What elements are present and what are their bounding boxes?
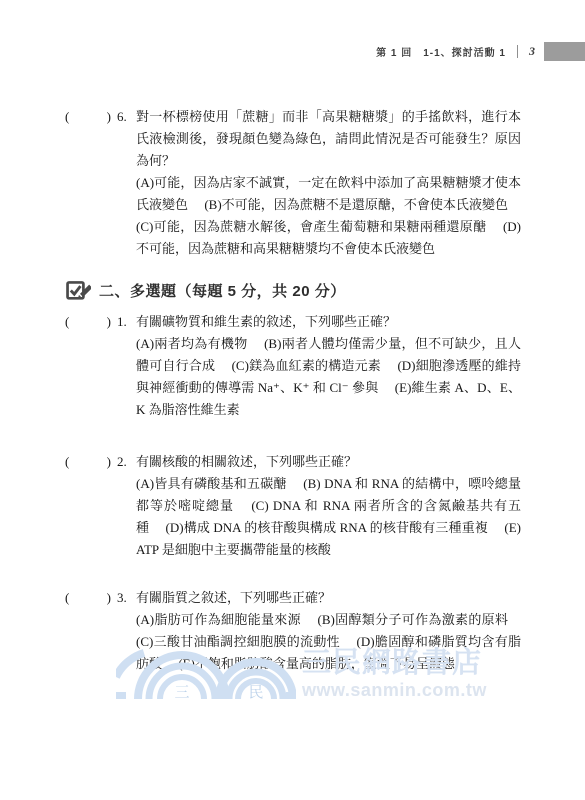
- question-number: 6.: [117, 106, 132, 260]
- answer-blank-close: ): [107, 106, 111, 260]
- option-e: (E)不飽和脂肪酸含量高的脂肪，室溫下易呈液態: [178, 656, 455, 671]
- answer-blank-close: ): [107, 587, 111, 675]
- question-options: (A)可能，因為店家不誠實，一定在飲料中添加了高果糖糖漿才使本氏液變色 (B)不…: [136, 172, 521, 260]
- question-stem: 有關脂質之敘述，下列哪些正確？: [136, 590, 331, 605]
- option-a: (A)兩者均為有機物: [136, 336, 248, 351]
- section-heading: 二、多選題（每題 5 分，共 20 分）: [65, 277, 521, 304]
- question-options: (A)兩者均為有機物 (B)兩者人體均僅需少量，但不可缺少，且人體可自行合成 (…: [136, 333, 521, 421]
- answer-blank-open: (: [65, 451, 69, 561]
- option-b: (B)不可能，因為蔗糖不是還原醣，不會使本氏液變色: [204, 197, 508, 212]
- watermark-url: www.sanmin.com.tw: [302, 679, 487, 701]
- question-6: ( ) 6. 對一杯標榜使用「蔗糖」而非「高果糖糖漿」的手搖飲料，進行本氏液檢測…: [65, 106, 521, 260]
- question-body: 有關核酸的相關敘述，下列哪些正確？ (A)皆具有磷酸基和五碳醣 (B) DNA …: [136, 451, 521, 561]
- question-number: 1.: [117, 311, 132, 421]
- question-number: 2.: [117, 451, 132, 561]
- answer-blank-open: (: [65, 311, 69, 421]
- question-3: ( ) 3. 有關脂質之敘述，下列哪些正確？ (A)脂肪可作為細胞能量來源 (B…: [65, 587, 521, 675]
- option-b: (B)固醇類分子可作為激素的原料: [317, 612, 508, 627]
- question-body: 有關脂質之敘述，下列哪些正確？ (A)脂肪可作為細胞能量來源 (B)固醇類分子可…: [136, 587, 521, 675]
- question-number: 3.: [117, 587, 132, 675]
- question-body: 有關礦物質和維生素的敘述，下列哪些正確？ (A)兩者均為有機物 (B)兩者人體均…: [136, 311, 521, 421]
- checkbox-pencil-icon: [66, 278, 91, 303]
- logo-char-left: 三: [174, 684, 189, 701]
- answer-blank-open: (: [65, 587, 69, 675]
- chapter-title: 第 1 回 1-1、探討活動 1: [376, 44, 506, 59]
- question-1: ( ) 1. 有關礦物質和維生素的敘述，下列哪些正確？ (A)兩者均為有機物 (…: [65, 311, 521, 421]
- answer-blank-close: ): [107, 451, 111, 561]
- question-stem: 有關核酸的相關敘述，下列哪些正確？: [136, 454, 357, 469]
- answer-blank: ( ): [65, 587, 111, 675]
- exam-page: 第 1 回 1-1、探討活動 1 3 ( ) 6. 對一杯標榜使用「蔗糖」而非「…: [0, 0, 585, 800]
- exam-content: ( ) 6. 對一杯標榜使用「蔗糖」而非「高果糖糖漿」的手搖飲料，進行本氏液檢測…: [65, 106, 521, 675]
- question-options: (A)脂肪可作為細胞能量來源 (B)固醇類分子可作為激素的原料 (C)三酸甘油酯…: [136, 609, 521, 675]
- question-stem: 對一杯標榜使用「蔗糖」而非「高果糖糖漿」的手搖飲料，進行本氏液檢測後，發現顏色變…: [136, 109, 521, 168]
- question-options: (A)皆具有磷酸基和五碳醣 (B) DNA 和 RNA 的結構中，嘌呤總量都等於…: [136, 473, 521, 561]
- option-c: (C)鎂為血紅素的構造元素: [232, 358, 381, 373]
- option-a: (A)脂肪可作為細胞能量來源: [136, 612, 301, 627]
- option-c: (C)三酸甘油酯調控細胞膜的流動性: [136, 634, 340, 649]
- answer-blank: ( ): [65, 106, 111, 260]
- page-header: 第 1 回 1-1、探討活動 1 3: [0, 41, 585, 61]
- option-a: (A)皆具有磷酸基和五碳醣: [136, 476, 287, 491]
- option-d: (D)構成 DNA 的核苷酸與構成 RNA 的核苷酸有三種重複: [166, 520, 488, 535]
- answer-blank-open: (: [65, 106, 69, 260]
- logo-char-right: 民: [248, 684, 263, 701]
- page-number: 3: [529, 44, 535, 59]
- option-c: (C)可能，因為蔗糖水解後，會產生葡萄糖和果糖兩種還原醣: [136, 219, 486, 234]
- section-title: 二、多選題（每題 5 分，共 20 分）: [99, 280, 346, 301]
- answer-blank-close: ): [107, 311, 111, 421]
- answer-blank: ( ): [65, 451, 111, 561]
- answer-blank: ( ): [65, 311, 111, 421]
- question-2: ( ) 2. 有關核酸的相關敘述，下列哪些正確？ (A)皆具有磷酸基和五碳醣 (…: [65, 451, 521, 561]
- page-edge-tab: [544, 42, 585, 61]
- header-divider: [517, 45, 518, 58]
- question-stem: 有關礦物質和維生素的敘述，下列哪些正確？: [136, 314, 396, 329]
- question-body: 對一杯標榜使用「蔗糖」而非「高果糖糖漿」的手搖飲料，進行本氏液檢測後，發現顏色變…: [136, 106, 521, 260]
